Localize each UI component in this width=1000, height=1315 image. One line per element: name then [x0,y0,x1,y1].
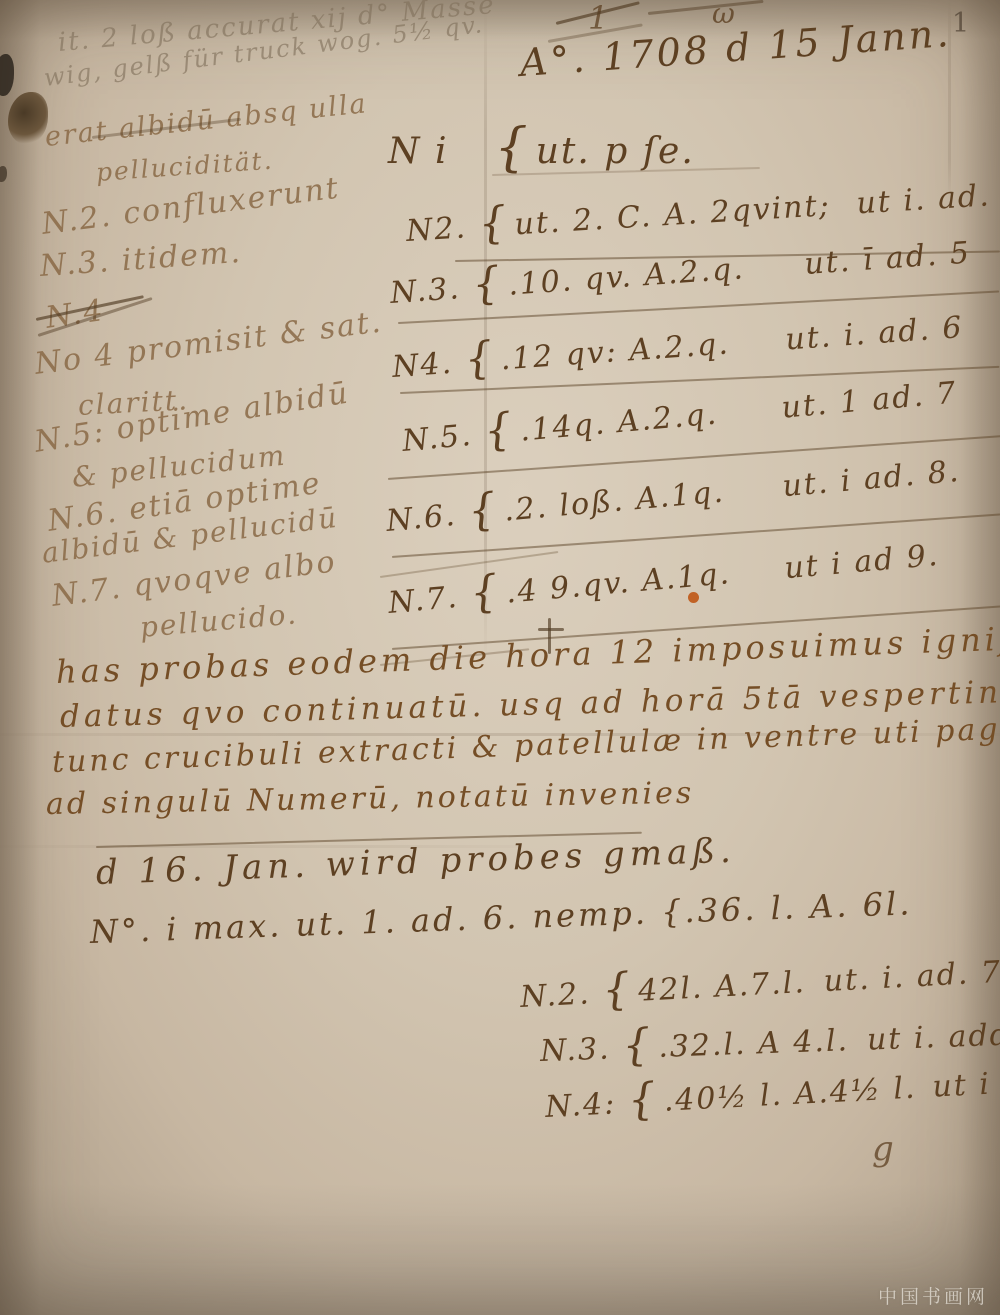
row-label: N.6. [385,498,458,539]
left-entry-1-line-1: erat albidū absq ulla [44,90,369,151]
row-measurement: .12 qv: A.2.q. [499,326,730,377]
row-label: N.4: [544,1086,617,1125]
row-measurement: .32.l. A 4.l. [658,1023,850,1065]
brace-glyph: { [466,484,500,536]
row-label: N2. [405,210,468,249]
row-label: N.3. [389,271,462,311]
row-label: N4. [391,346,454,385]
red-ink-dot [688,592,699,603]
row-measurement: .4 9.qv. A.1q. [505,556,733,611]
right-header-row: N i{ut. p ſe. [388,120,695,172]
brace-glyph: { [627,1074,659,1125]
brace-glyph: { [482,404,516,456]
row-label: N.3. [540,1032,612,1069]
brace-glyph: { [494,118,529,178]
right-header-content: ut. p ſe. [536,131,695,172]
bottom-row-n4: N.4:{.40½ l. A.4½ l.ut i a [544,1057,1000,1125]
row-measurement: .2. loß. A.1q. [503,474,727,528]
page-number: 1 [952,8,969,39]
bottom-heading: d 16. Jan. wird probes gmaß. [95,834,736,890]
left-entry-8-line-2: pellucido. [139,600,299,642]
row-measurement: .14q. A.2.q. [519,396,720,448]
bottom-line-1: N°. i max. ut. 1. ad. 6. nemp. {.36. l. … [89,887,912,948]
paragraph-line-4: ad singulū Numerū, notatū invenies [46,779,695,820]
manuscript-page: it. 2 loß accurat xij d° Masse wig, gelß… [0,0,1000,1315]
row-measurement: 42l. A.7.l. [637,965,806,1009]
row-measurement: .10. qv. A.2.q. [507,251,746,302]
row-ratio: ut i a [932,1065,1000,1105]
watermark-text: 中国书画网 [878,1282,988,1309]
row-measurement: ut. 2. C. A. 2qvint; [514,188,832,242]
right-header-label: N i [388,131,448,172]
scribble-dash [648,0,764,15]
stain-speck [0,166,7,182]
row-ratio: ut. i ad. 8. [781,454,962,504]
stain-blot [8,92,48,144]
brace-glyph: { [601,964,633,1015]
trailing-flourish: g [872,1132,896,1166]
bottom-row-n3: N.3.{.32.l. A 4.l.ut i. add. [539,1009,1000,1069]
row-ratio: ut. 1 ad. 7 [780,375,959,425]
row-ratio: ut i. ad. 4 [856,176,1000,221]
row-label: N.7. [387,580,460,621]
row-measurement: .40½ l. A.4½ l. [663,1071,918,1119]
left-entry-2: N.2. confluxerunt [40,174,341,240]
row-ratio: ut. ī ad. 5 [803,235,972,282]
row-ratio: ut i ad 9. [783,538,941,586]
brace-glyph: { [463,333,496,385]
brace-glyph: { [468,566,502,618]
row-ratio: ut. i. ad. 6 [784,310,964,357]
ink-blot-edge [0,54,14,96]
row-label: N.5. [401,418,474,459]
right-row-n7: N.7.{.4 9.qv. A.1q.ut i ad 9. [386,530,941,622]
brace-glyph: { [471,258,504,310]
row-ratio: ut. i. ad. 7. [823,954,1000,999]
left-entry-3: N.3. itidem. [39,238,243,282]
bottom-row-n2: N.2.{42l. A.7.l.ut. i. ad. 7. [519,946,1000,1015]
row-ratio: ut i. add. [866,1017,1000,1057]
row-label: N.2. [519,976,591,1015]
left-entry-1-line-2: pellucidität. [95,148,274,185]
brace-glyph: { [622,1020,653,1071]
brace-glyph: { [477,198,510,250]
canceled-symbol-stroke [538,628,564,631]
